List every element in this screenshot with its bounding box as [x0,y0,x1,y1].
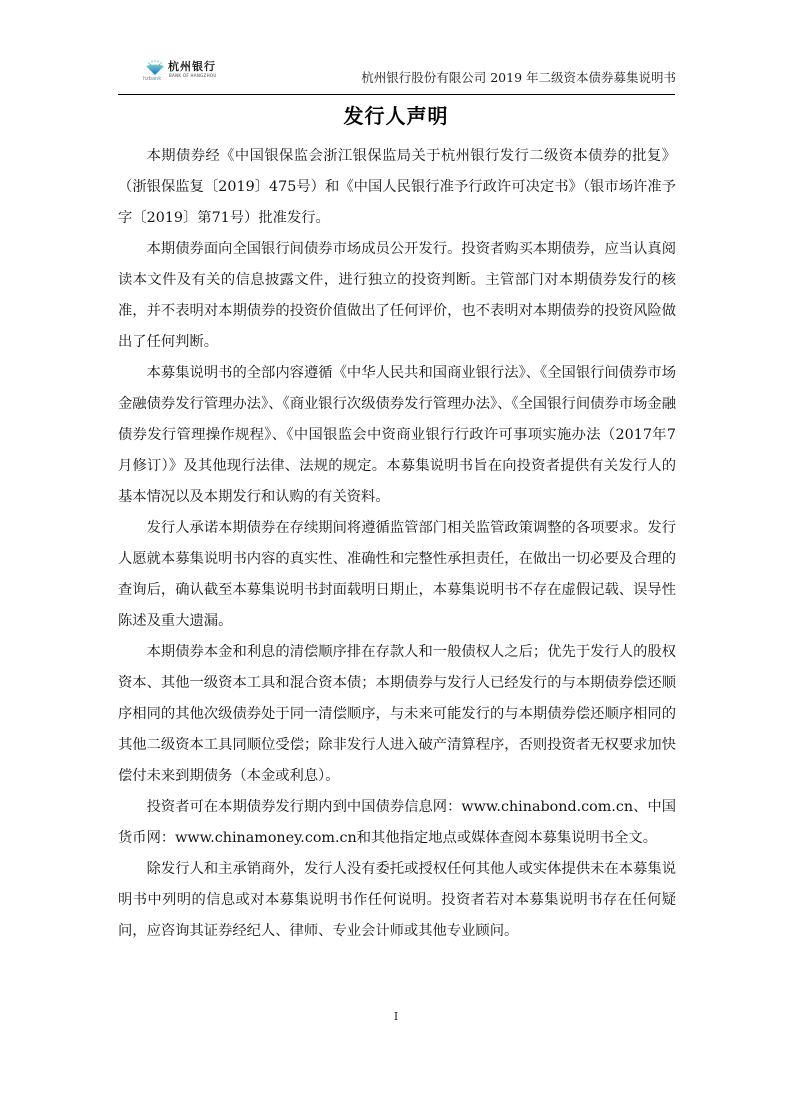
paragraph-legal-basis: 本募集说明书的全部内容遵循《中华人民共和国商业银行法》、《全国银行间债券市场金融… [118,358,676,513]
paragraph-approval: 本期债券经《中国银保监会浙江银保监局关于杭州银行发行二级资本债券的批复》（浙银保… [118,141,676,234]
page-number: I [0,1010,792,1023]
paragraph-where-to-read: 投资者可在本期债券发行期内到中国债券信息网：www.chinabond.com.… [118,792,676,854]
paragraph-issuer-commitment: 发行人承诺本期债券在存续期间将遵循监管部门相关监管政策调整的各项要求。发行人愿就… [118,513,676,637]
logo-name-en: BANK OF HANGZHOU [169,73,217,78]
logo-short-name: hzbank [143,76,161,82]
page-header: hzbank 杭州银行 BANK OF HANGZHOU 杭州银行股份有限公司 … [118,50,676,96]
page-title: 发行人声明 [0,100,792,129]
header-document-title: 杭州银行股份有限公司 2019 年二级资本债券募集说明书 [361,68,676,86]
logo-name-cn: 杭州银行 [168,58,216,74]
paragraph-repayment-order: 本期债券本金和利息的清偿顺序排在存款人和一般债权人之后；优先于发行人的股权资本、… [118,637,676,792]
bank-logo: hzbank 杭州银行 BANK OF HANGZHOU [144,56,244,86]
paragraph-no-authorization: 除发行人和主承销商外，发行人没有委托或授权任何其他人或实体提供未在本募集说明书中… [118,854,676,947]
document-page: hzbank 杭州银行 BANK OF HANGZHOU 杭州银行股份有限公司 … [0,0,792,1120]
document-body: 本期债券经《中国银保监会浙江银保监局关于杭州银行发行二级资本债券的批复》（浙银保… [118,141,676,947]
paragraph-public-offering: 本期债券面向全国银行间债券市场成员公开发行。投资者购买本期债券，应当认真阅读本文… [118,234,676,358]
header-divider [118,94,675,95]
